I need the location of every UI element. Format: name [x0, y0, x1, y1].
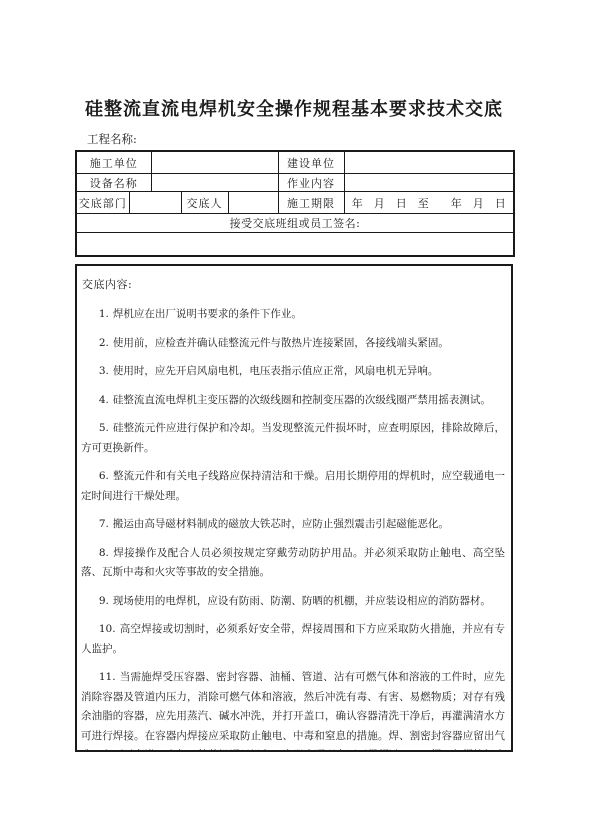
- item-number: 6.: [99, 470, 109, 482]
- table-row: [76, 233, 514, 257]
- item-number: 2.: [99, 337, 109, 349]
- work-content-value: [344, 174, 514, 192]
- item-text: 高空焊接或切割时，必须系好安全带，焊接周围和下方应采取防火措施，并应有专人监护。: [81, 623, 505, 655]
- construction-period-value: 年 月 日 至 年 月 日: [344, 192, 514, 214]
- item-number: 8.: [99, 547, 109, 559]
- content-item-8: 8.焊接操作及配合人员必须按规定穿戴劳动防护用品。并必须采取防止触电、高空坠落、…: [81, 544, 505, 583]
- equipment-name-label: 设备名称: [76, 174, 151, 192]
- item-text: 焊机应在出厂说明书要求的条件下作业。: [113, 308, 302, 320]
- item-text: 现场使用的电焊机，应设有防雨、防潮、防晒的机棚，并应装设相应的消防器材。: [113, 595, 491, 607]
- content-item-2: 2.使用前，应检查并确认硅整流元件与散热片连接紧固，各接线端头紧固。: [81, 334, 505, 354]
- item-number: 5.: [99, 422, 109, 434]
- discloser-value: [228, 192, 278, 214]
- item-number: 9.: [99, 595, 109, 607]
- content-item-9: 9.现场使用的电焊机，应设有防雨、防潮、防晒的机棚，并应装设相应的消防器材。: [81, 592, 505, 612]
- disclosure-content-heading: 交底内容:: [82, 276, 505, 292]
- page-title: 硅整流直流电焊机安全操作规程基本要求技术交底: [75, 95, 513, 121]
- project-name-label: 工程名称:: [87, 131, 513, 147]
- item-number: 7.: [99, 518, 109, 530]
- item-text: 使用时，应先开启风扇电机，电压表指示值应正常，风扇电机无异响。: [113, 365, 439, 377]
- item-text: 焊接操作及配合人员必须按规定穿戴劳动防护用品。并必须采取防止触电、高空坠落、瓦斯…: [81, 547, 505, 579]
- info-table: 施工单位 建设单位 设备名称 作业内容 交底部门 交底人 施工期限 年 月 日 …: [75, 150, 515, 257]
- table-row: 交底部门 交底人 施工期限 年 月 日 至 年 月 日: [76, 192, 514, 214]
- building-unit-label: 建设单位: [278, 151, 344, 174]
- work-content-label: 作业内容: [278, 174, 344, 192]
- discloser-label: 交底人: [181, 192, 228, 214]
- item-number: 1.: [99, 308, 109, 320]
- item-number: 11.: [99, 671, 116, 683]
- content-item-5: 5.硅整流元件应进行保护和冷却。当发现整流元件损坏时，应查明原因，排除故障后，方…: [81, 419, 505, 458]
- item-text: 使用前，应检查并确认硅整流元件与散热片连接紧固，各接线端头紧固。: [113, 337, 449, 349]
- construction-unit-label: 施工单位: [76, 151, 151, 174]
- content-item-11: 11.当需施焊受压容器、密封容器、油桶、管道、沾有可燃气体和溶液的工件时，应先消…: [81, 668, 505, 752]
- equipment-name-value: [151, 174, 278, 192]
- item-number: 4.: [99, 394, 109, 406]
- disclosure-content-box: 交底内容: 1.焊机应在出厂说明书要求的条件下作业。 2.使用前，应检查并确认硅…: [75, 264, 513, 752]
- content-item-7: 7.搬运由高导磁材料制成的磁放大铁芯时，应防止强烈震击引起磁能恶化。: [81, 515, 505, 535]
- table-row: 设备名称 作业内容: [76, 174, 514, 192]
- construction-unit-value: [151, 151, 278, 174]
- item-number: 3.: [99, 365, 109, 377]
- item-text: 整流元件和有关电子线路应保持清洁和干燥。启用长期停用的焊机时，应空载通电一定时间…: [81, 470, 505, 502]
- construction-period-label: 施工期限: [278, 192, 344, 214]
- signature-space: [76, 233, 514, 257]
- content-item-3: 3.使用时，应先开启风扇电机，电压表指示值应正常，风扇电机无异响。: [81, 362, 505, 382]
- content-item-1: 1.焊机应在出厂说明书要求的条件下作业。: [81, 305, 505, 325]
- content-item-10: 10.高空焊接或切割时，必须系好安全带，焊接周围和下方应采取防火措施，并应有专人…: [81, 620, 505, 659]
- content-item-4: 4.硅整流直流电焊机主变压器的次级线圈和控制变压器的次级线圈严禁用摇表测试。: [81, 391, 505, 411]
- signature-row-label: 接受交底班组或员工签名:: [76, 214, 514, 233]
- item-text: 硅整流直流电焊机主变压器的次级线圈和控制变压器的次级线圈严禁用摇表测试。: [113, 394, 491, 406]
- table-row: 接受交底班组或员工签名:: [76, 214, 514, 233]
- item-text: 当需施焊受压容器、密封容器、油桶、管道、沾有可燃气体和溶液的工件时，应先消除容器…: [81, 671, 505, 752]
- item-text: 硅整流元件应进行保护和冷却。当发现整流元件损坏时，应查明原因，排除故障后，方可更…: [81, 422, 505, 454]
- item-text: 搬运由高导磁材料制成的磁放大铁芯时，应防止强烈震击引起磁能恶化。: [113, 518, 449, 530]
- table-row: 施工单位 建设单位: [76, 151, 514, 174]
- building-unit-value: [344, 151, 514, 174]
- disclosure-department-label: 交底部门: [76, 192, 129, 214]
- document-page: 硅整流直流电焊机安全操作规程基本要求技术交底 工程名称: 施工单位 建设单位 设…: [0, 0, 590, 835]
- disclosure-department-value: [129, 192, 181, 214]
- item-number: 10.: [99, 623, 116, 635]
- content-item-6: 6.整流元件和有关电子线路应保持清洁和干燥。启用长期停用的焊机时，应空载通电一定…: [81, 467, 505, 506]
